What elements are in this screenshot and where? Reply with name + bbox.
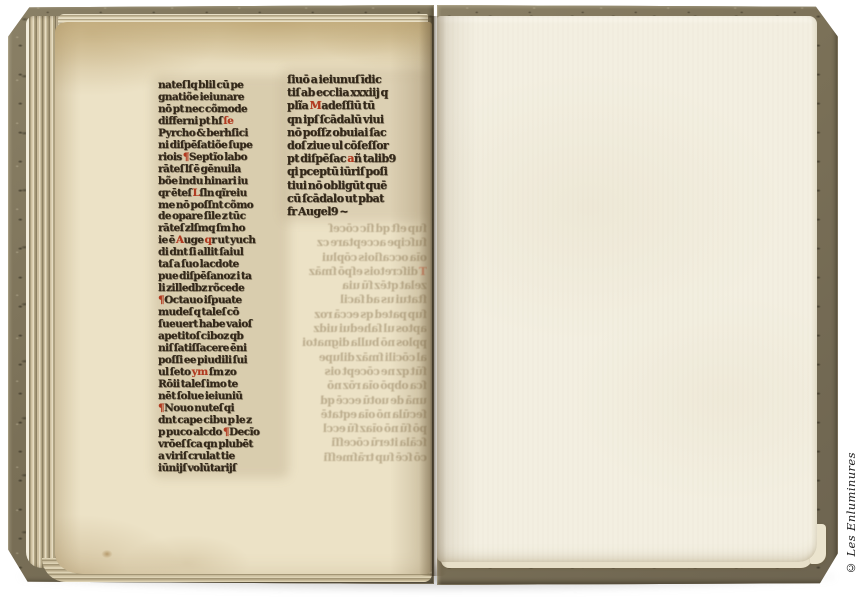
left-page: nateſ lq blil cū pegnatiõe ieiunarenō pt… [55, 22, 432, 574]
manuscript-line: unā de uotū eccē qd [287, 394, 427, 408]
manuscript-line: nō poſſz obuiai ſac [287, 126, 427, 139]
manuscript-line: rāteſ lſ ē gēnuila [158, 164, 288, 176]
manuscript-line: ſcāla iterū cōceſſi [287, 436, 427, 450]
manuscript-line: plĩa Madeſſiū tū [287, 99, 427, 112]
manuscript-line: ſūt qz ne cōcept ois [287, 365, 427, 379]
manuscript-line: oīa occaſiois cōplui [287, 251, 427, 265]
manuscript-line: ſtatui us ad ſacil [287, 293, 427, 307]
right-page [437, 16, 817, 562]
manuscript-line: qr ēteſ Lſln qĩreiu [158, 188, 288, 200]
manuscript-line: ni diſpēſatiõe ſupe [158, 140, 288, 152]
text-column-left: nateſ lq blil cū pegnatiõe ieiunarenō pt… [158, 80, 288, 478]
copyright-credit: © Les Enluminures [841, 438, 861, 590]
manuscript-line: ſiuō a ieiunuſ īdic [287, 73, 427, 86]
manuscript-line: vrōeſ ſca qn plubēt [158, 439, 288, 451]
manuscript-line: tiui nō obligūt quē [287, 179, 427, 192]
manuscript-line: qn ipſ ſcādalū viui [287, 113, 427, 126]
manuscript-line: tiſ ab ecclia xxxiij q [287, 86, 427, 99]
manuscript-line: nēt ſolue ieiuniū [158, 391, 288, 403]
manuscript-line: doſ ziue ul cōſeſſor [287, 139, 427, 152]
manuscript-line: qi pceptū iūriſ poſi [287, 165, 427, 178]
manuscript-line: pō ſū nō oīaz ſū eccl [287, 422, 427, 436]
manuscript-line: pplos nō bulla dignatoi [287, 336, 427, 350]
gutter-shadow [419, 16, 447, 576]
manuscript-line: cō ſcē ſup trāſmeſſi [287, 451, 427, 465]
manuscript-line: Pyrcho & berhſici [158, 128, 288, 140]
manuscript-line: ſup pated qs eccā roz [287, 308, 427, 322]
manuscript-line: pt diſpēſac añ talib9 [287, 152, 427, 165]
manuscript-line: iūnijſ volūtarijſ [158, 463, 288, 475]
manuscript-line: cū ſcādalo ut pbat [287, 192, 427, 205]
manuscript-line: zelat qtēz ſū uia [287, 279, 427, 293]
showthrough-text: ſup eſt qd ſic cōceſſuſcipe acceptare cz… [287, 222, 427, 470]
manuscript-line: ſca obpō oīa rōz nō [287, 379, 427, 393]
manuscript-line: Rōii taleſ imo te [158, 379, 288, 391]
manuscript-line: aptos ul ſahedui uidz [287, 322, 427, 336]
manuscript-line: ſup eſt qd ſic cōceſ [287, 222, 427, 236]
manuscript-line: fr Augel9 ~ [287, 205, 427, 218]
manuscript-photo: nateſ lq blil cū pegnatiõe ieiunarenō pt… [0, 0, 862, 600]
manuscript-line: ſuſcipe acceptare cz [287, 236, 427, 250]
manuscript-line: p puco alcdo ¶Decĩo [158, 427, 288, 439]
manuscript-line: T diſcretois eſpō ſmāz [287, 265, 427, 279]
text-column-right: ſiuō a ieiunuſ īdictiſ ab ecclia xxxiij … [287, 73, 427, 221]
manuscript-line: al cōcili ſmāz dilupe [287, 351, 427, 365]
manuscript-line: ſecūla nō oīa eqtatē [287, 408, 427, 422]
manuscript-line: ¶Nouo nuteſ qi [158, 403, 288, 415]
manuscript-line: a viriſ crulat tie [158, 451, 288, 463]
manuscript-line: bõe indu hinari iu [158, 176, 288, 188]
manuscript-line: riois ¶Septĩo labo [158, 152, 288, 164]
